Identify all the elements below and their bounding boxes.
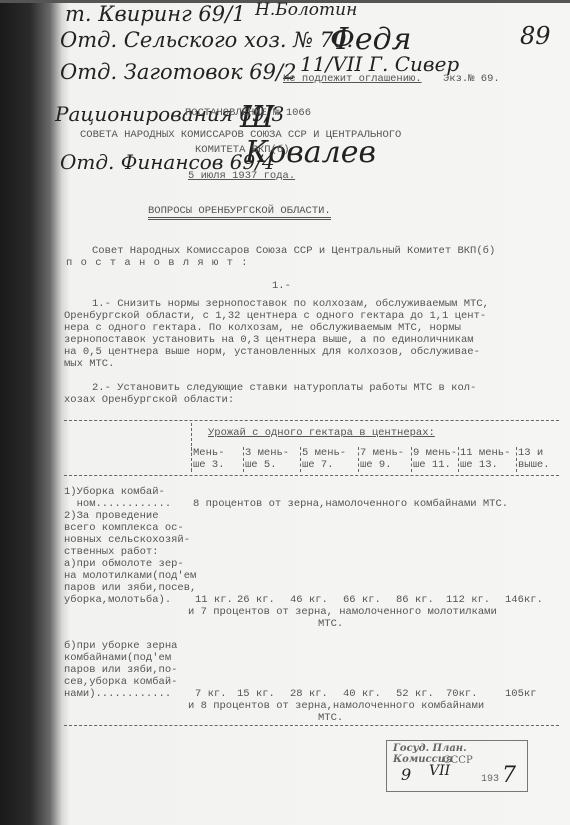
decree-title: ПОСТАНОВЛЕНИЕ № 1066 xyxy=(185,107,311,119)
handwritten-note-1b: Н.Болотин xyxy=(255,0,357,20)
copy-number: Экз.№ 69. xyxy=(443,73,500,85)
stamp-day: 9 xyxy=(401,765,411,784)
row-label: уборка,молотьба). xyxy=(64,594,171,606)
restriction-note: Не подлежит оглашению. xyxy=(283,73,422,85)
row-label: 1)Уборка комбай- xyxy=(64,486,165,498)
row-note: МТС. xyxy=(318,712,343,724)
row-label: б)при уборке зерна xyxy=(64,640,177,652)
stamp-year-prefix: 193 xyxy=(481,774,499,785)
column-header: 7 мень- xyxy=(360,447,404,459)
row-label: 2)За проведение xyxy=(64,510,159,522)
column-header: 3 мень- xyxy=(245,447,289,459)
column-divider xyxy=(243,447,244,472)
preamble-line-2: п о с т а н о в л я ю т : xyxy=(66,257,249,269)
receipt-stamp: Госуд. План. Комиссия СССР 9 VII 193 7 xyxy=(386,740,528,792)
column-divider xyxy=(300,447,301,472)
table-group-header: Урожай с одного гектара в центнерах: xyxy=(208,427,435,439)
table-header-rule xyxy=(64,475,559,476)
table-bottom-rule xyxy=(64,725,559,726)
issuer-line-1: СОВЕТА НАРОДНЫХ КОМИССАРОВ СОЮЗА ССР И Ц… xyxy=(80,129,401,141)
row-label: комбайнами(под'ем xyxy=(64,652,171,664)
row-note: и 7 процентов от зерна, намолоченного мо… xyxy=(188,606,497,618)
handwritten-note-3: Отд. Заготовок 69/2 xyxy=(60,60,296,84)
stamp-year-hand: 7 xyxy=(502,763,516,788)
row-value: 11 кг. xyxy=(195,594,233,606)
row-label: ном............ xyxy=(64,498,171,510)
row-label: паров или зяби,посев, xyxy=(64,582,196,594)
row-value: 26 кг. xyxy=(237,594,275,606)
row-value: 86 кг. xyxy=(396,594,434,606)
column-header: ше 5. xyxy=(245,459,277,471)
stamp-month: VII xyxy=(429,763,450,779)
page-number: 89 xyxy=(520,22,551,50)
row-label: на молотилками(под'ем xyxy=(64,570,196,582)
row-label: сев,уборка комбай- xyxy=(64,676,177,688)
handwritten-note-2: Отд. Сельского хоз. № 70. xyxy=(60,28,353,52)
paragraph-1-line: зернопоставок установить на 0,3 центнера… xyxy=(64,334,474,346)
column-header: ше 3. xyxy=(193,459,225,471)
column-header: ше 7. xyxy=(302,459,334,471)
paragraph-1-line: нера с одного гектара. По колхозам, не о… xyxy=(64,322,461,334)
row-label: новных сельскохозяй- xyxy=(64,534,190,546)
column-header: ше 11. xyxy=(413,459,451,471)
section-number: 1.- xyxy=(272,280,291,292)
column-header: 13 и xyxy=(518,447,543,459)
row-label: паров или зяби,по- xyxy=(64,664,177,676)
decree-date: 5 июля 1937 года. xyxy=(188,170,295,182)
row-value: 28 кг. xyxy=(290,688,328,700)
row-value: 52 кг. xyxy=(396,688,434,700)
paragraph-2-line: 2.- Установить следующие ставки натуропл… xyxy=(92,382,476,394)
column-header: Мень- xyxy=(193,447,225,459)
row-value: 105кг xyxy=(505,688,537,700)
row-label: всего комплекса ос- xyxy=(64,522,184,534)
paragraph-1-line: Оренбургской области, с 1,32 центнера с … xyxy=(64,310,486,322)
row-label: нами)............ xyxy=(64,688,171,700)
column-divider xyxy=(516,447,517,472)
handwritten-note-1: т. Квиринг 69/1 xyxy=(65,2,246,26)
column-header: выше. xyxy=(518,459,550,471)
column-header: 5 мень- xyxy=(302,447,346,459)
paragraph-2-line: хозах Оренбургской области: xyxy=(64,394,234,406)
column-divider xyxy=(411,447,412,472)
row-value: 7 кг. xyxy=(195,688,227,700)
column-divider xyxy=(191,447,192,472)
subject-title: ВОПРОСЫ ОРЕНБУРГСКОЙ ОБЛАСТИ. xyxy=(148,205,331,220)
row-value: 70кг. xyxy=(446,688,478,700)
column-header: ше 9. xyxy=(360,459,392,471)
column-header: 9 мень- xyxy=(413,447,457,459)
issuer-line-2: КОМИТЕТА ВКП(б) xyxy=(195,144,290,156)
paragraph-1-line: 1.- Снизить нормы зернопоставок по колхо… xyxy=(92,298,489,310)
row-value: 146кг. xyxy=(505,594,543,606)
row-note: и 8 процентов от зерна,намолоченного ком… xyxy=(188,700,484,712)
row-value: 112 кг. xyxy=(446,594,490,606)
column-header: ше 13. xyxy=(460,459,498,471)
row-label: ственных работ: xyxy=(64,546,159,558)
column-divider xyxy=(358,447,359,472)
row-note: 8 процентов от зерна,намолоченного комба… xyxy=(193,498,508,510)
paragraph-1-line: на 0,5 центнера выше норм, установленных… xyxy=(64,346,480,358)
column-header: 11 мень- xyxy=(460,447,510,459)
row-value: 66 кг. xyxy=(343,594,381,606)
document-page: т. Квиринг 69/1 Н.Болотин Отд. Сельского… xyxy=(0,0,570,825)
column-divider xyxy=(458,447,459,472)
row-note: МТС. xyxy=(318,618,343,630)
row-value: 15 кг. xyxy=(237,688,275,700)
table-top-rule xyxy=(64,420,559,421)
row-value: 46 кг. xyxy=(290,594,328,606)
preamble-line-1: Совет Народных Комиссаров Союза ССР и Це… xyxy=(92,245,495,257)
row-label: а)при обмолоте зер- xyxy=(64,558,184,570)
row-value: 40 кг. xyxy=(343,688,381,700)
paragraph-1-line: мых МТС. xyxy=(64,358,114,370)
